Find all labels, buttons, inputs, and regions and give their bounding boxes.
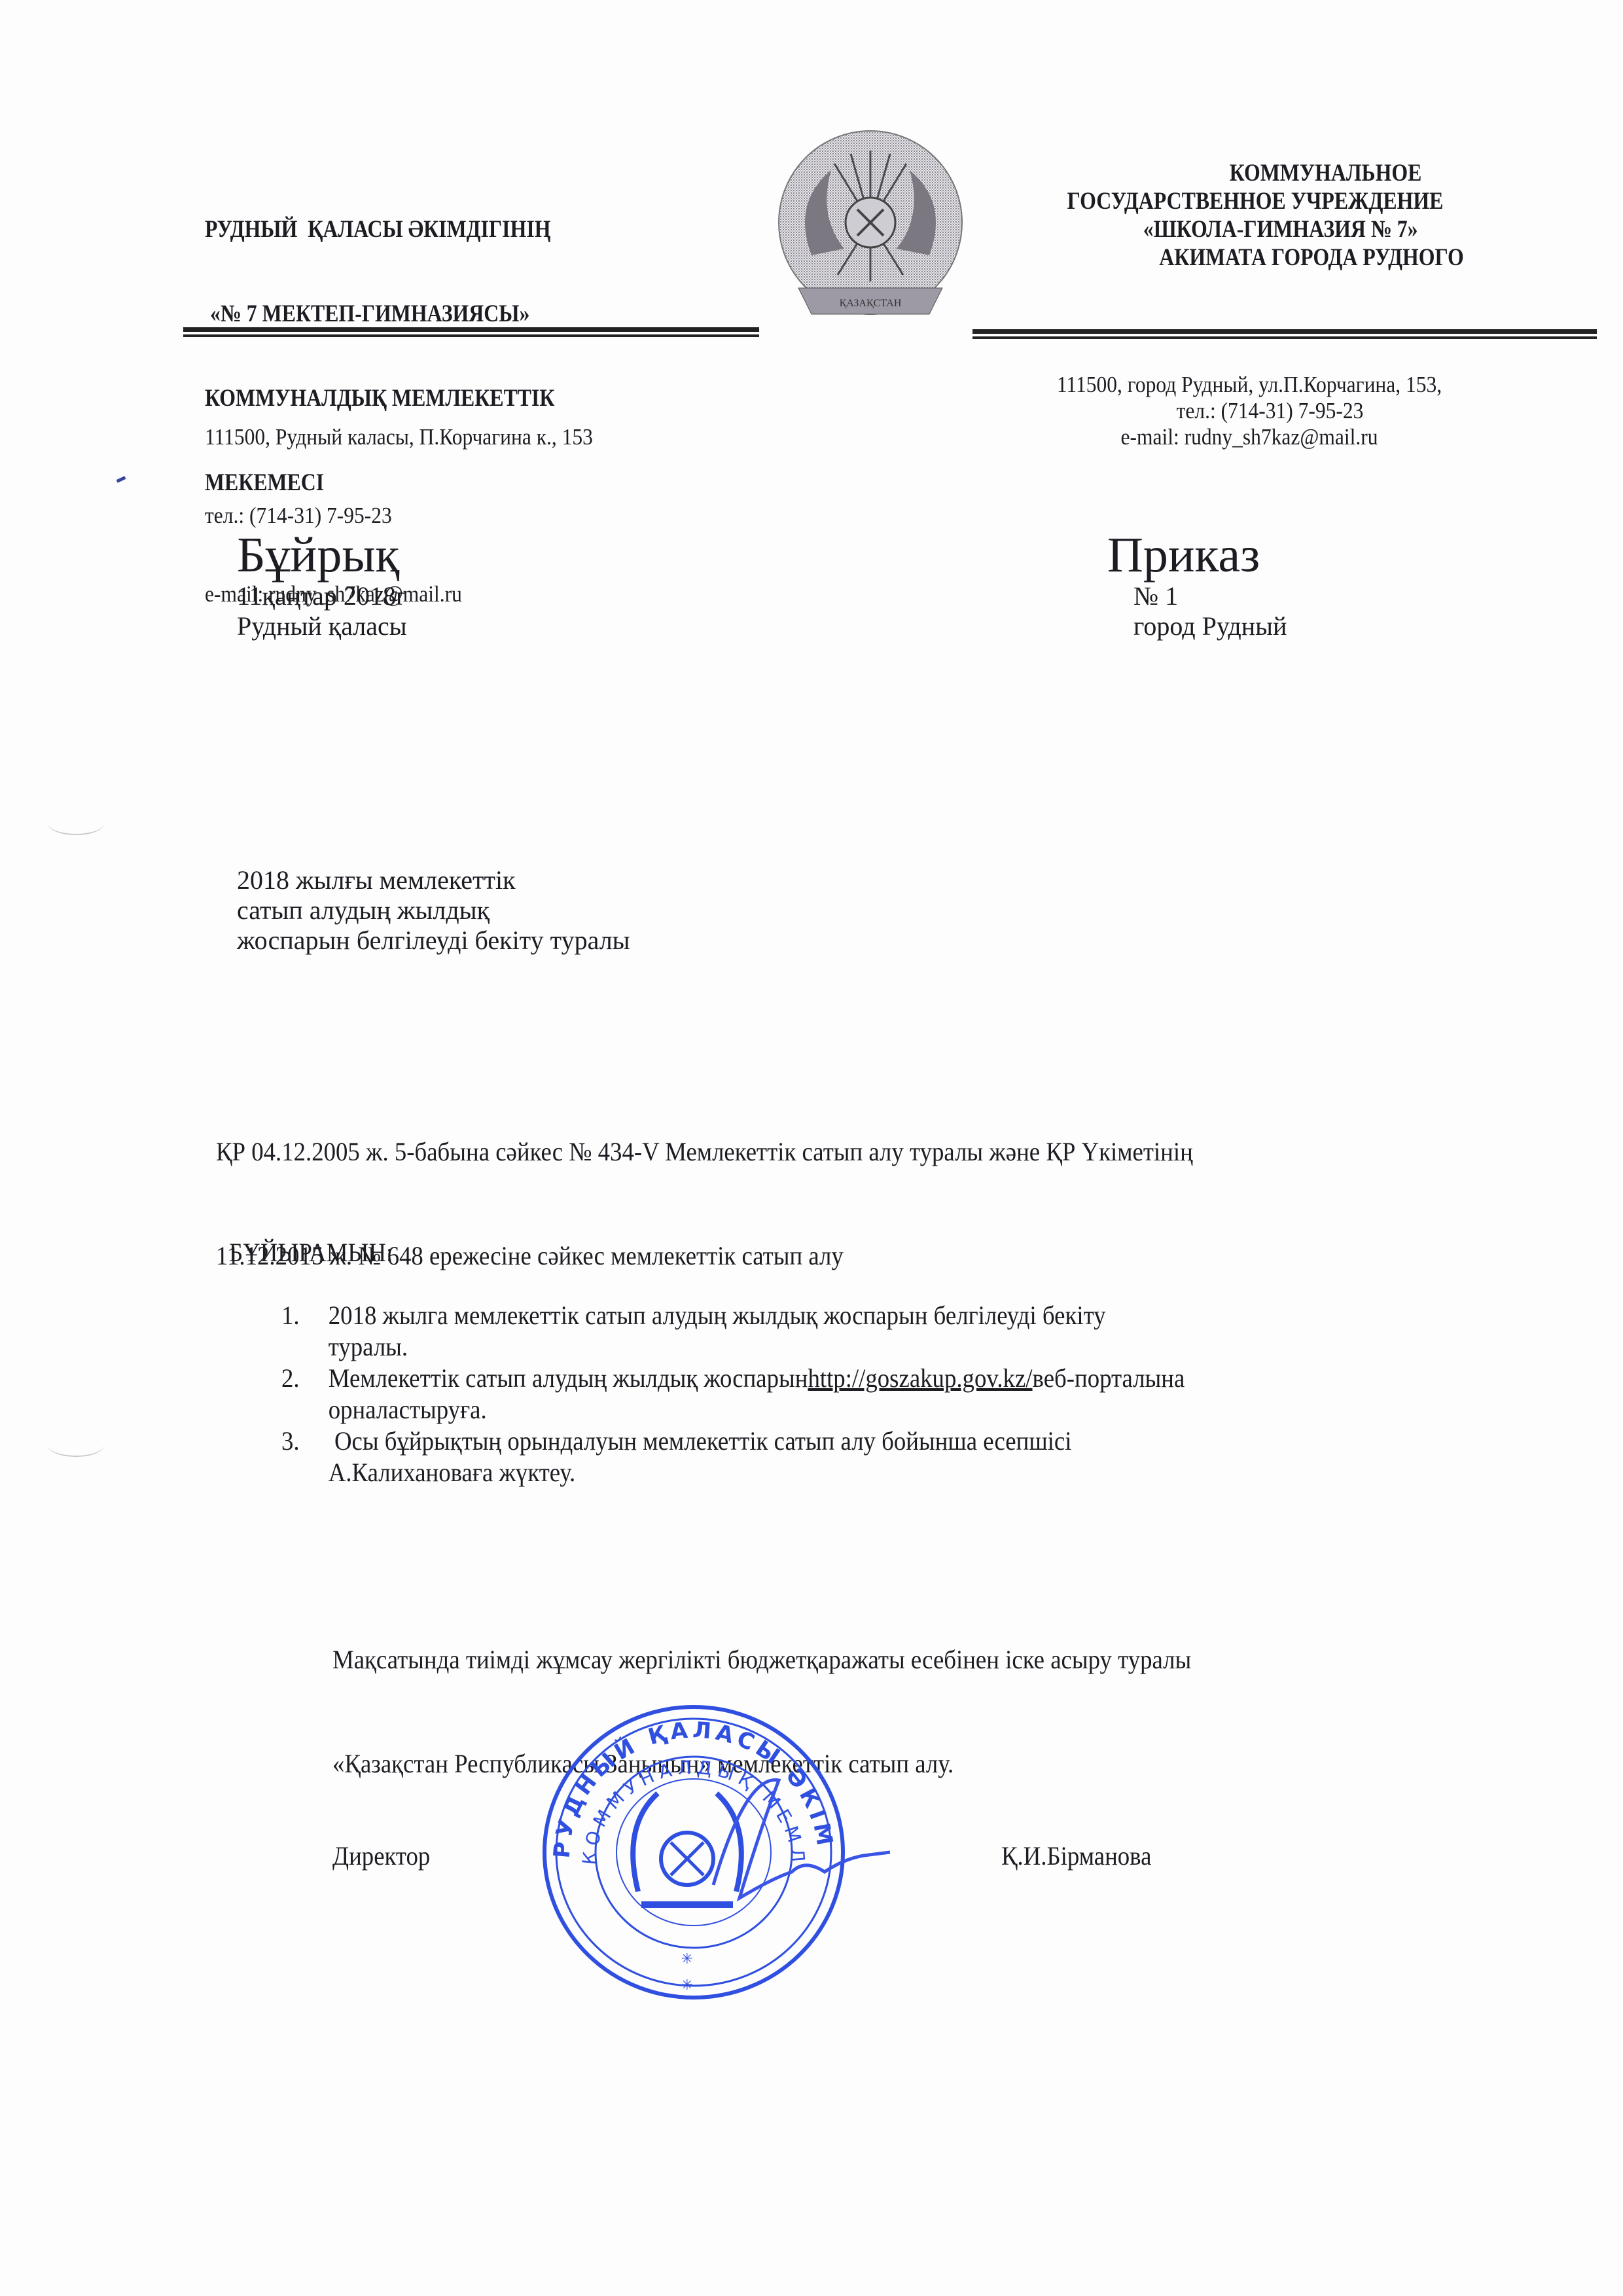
order-items-list: 1. 2018 жылга мемлекеттік сатып алудың ж… bbox=[281, 1300, 1425, 1488]
document-number: № 1 bbox=[1107, 581, 1287, 611]
org-line: ГОСУДАРСТВЕННОЕ УЧРЕЖДЕНИЕ bbox=[974, 187, 1537, 215]
svg-text:✳: ✳ bbox=[681, 1977, 693, 1994]
subject-line: 2018 жылғы мемлекеттік bbox=[237, 865, 630, 895]
list-item-number: 1. bbox=[281, 1300, 329, 1363]
org-line: КОММУНАЛЬНОЕ bbox=[974, 159, 1537, 187]
document-city-russian: город Рудный bbox=[1107, 611, 1287, 641]
svg-text:✳: ✳ bbox=[681, 1951, 693, 1967]
hole-punch-mark bbox=[48, 1433, 104, 1457]
ink-speck bbox=[116, 476, 126, 482]
state-emblem-icon: ҚАЗАҚСТАН bbox=[772, 124, 969, 334]
org-line: АКИМАТА ГОРОДА РУДНОГО bbox=[974, 243, 1537, 272]
list-item-text-before-link: Мемлекеттік сатып алудың жылдық жоспарын bbox=[329, 1363, 808, 1393]
org-name-russian: КОММУНАЛЬНОЕ ГОСУДАРСТВЕННОЕ УЧРЕЖДЕНИЕ … bbox=[974, 159, 1537, 272]
org-line: «ШКОЛА-ГИМНАЗИЯ № 7» bbox=[974, 215, 1537, 243]
document-city-kazakh: Рудный қаласы bbox=[237, 611, 407, 641]
document-subject: 2018 жылғы мемлекеттік сатып алудың жылд… bbox=[237, 865, 630, 956]
list-item-number: 3. bbox=[281, 1426, 329, 1488]
address-email: e-mail: rudny_sh7kaz@mail.ru bbox=[1008, 424, 1491, 450]
document-preamble: ҚР 04.12.2005 ж. 5-бабына сәйкес № 434-V… bbox=[216, 1065, 1193, 1308]
list-item-text: орналастыруға. bbox=[329, 1394, 1185, 1426]
official-stamp-icon: РУДНЫЙ ҚАЛАСЫ ӘКІМДІГІНІҢ «№ 7 МЕКТЕП-ГИ… bbox=[497, 1662, 890, 2029]
list-item: 2. Мемлекеттік сатып алудың жылдық жоспа… bbox=[281, 1363, 1425, 1426]
signatory-position: Директор bbox=[332, 1840, 430, 1871]
list-item-text-after-link: веб-порталына bbox=[1033, 1363, 1185, 1393]
list-item-text: 2018 жылга мемлекеттік сатып алудың жылд… bbox=[329, 1300, 1106, 1331]
preamble-line: ҚР 04.12.2005 ж. 5-бабына сәйкес № 434-V… bbox=[216, 1134, 1193, 1169]
header-divider-right bbox=[972, 329, 1597, 340]
goszakup-portal-link[interactable]: http://goszakup.gov.kz/ bbox=[808, 1363, 1032, 1393]
subject-line: сатып алудың жылдық bbox=[237, 895, 630, 925]
hole-punch-mark bbox=[48, 812, 104, 835]
address-phone: тел.: (714-31) 7-95-23 bbox=[1008, 398, 1491, 424]
document-title-russian: Приказ bbox=[1107, 529, 1287, 581]
document-title-kazakh-block: Бұйрық 11қаңтар 2018г Рудный қаласы bbox=[237, 529, 407, 641]
subject-line: жоспарын белгілеуді бекіту туралы bbox=[237, 925, 630, 956]
order-heading: БҰЙЫРАМЫН: bbox=[229, 1237, 393, 1268]
address-phone: тел.: (714-31) 7-95-23 bbox=[205, 503, 593, 529]
org-line: РУДНЫЙ ҚАЛАСЫ ӘКІМДІГІНІҢ bbox=[205, 215, 554, 243]
document-title-kazakh: Бұйрық bbox=[237, 529, 407, 581]
list-item-text: Осы бұйрықтың орындалуын мемлекеттік сат… bbox=[329, 1426, 1072, 1457]
org-line: «№ 7 МЕКТЕП-ГИМНАЗИЯСЫ» bbox=[205, 300, 554, 328]
list-item-text: туралы. bbox=[329, 1331, 1106, 1363]
signatory-name: Қ.И.Бірманова bbox=[1001, 1840, 1151, 1871]
list-item: 3. Осы бұйрықтың орындалуын мемлекеттік … bbox=[281, 1426, 1425, 1488]
list-item-text: А.Калихановаға жүктеу. bbox=[329, 1457, 1072, 1488]
list-item-number: 2. bbox=[281, 1363, 329, 1426]
address-street: 111500, Рудный каласы, П.Корчагина к., 1… bbox=[205, 424, 593, 450]
document-title-russian-block: Приказ № 1 город Рудный bbox=[1107, 529, 1287, 641]
address-block-russian: 111500, город Рудный, ул.П.Корчагина, 15… bbox=[1008, 372, 1491, 450]
header-divider-left bbox=[183, 327, 759, 338]
list-item: 1. 2018 жылга мемлекеттік сатып алудың ж… bbox=[281, 1300, 1425, 1363]
svg-text:ҚАЗАҚСТАН: ҚАЗАҚСТАН bbox=[840, 298, 902, 309]
document-date: 11қаңтар 2018г bbox=[237, 581, 407, 611]
list-item-text: Мемлекеттік сатып алудың жылдық жоспарын… bbox=[329, 1363, 1185, 1394]
address-street: 111500, город Рудный, ул.П.Корчагина, 15… bbox=[1008, 372, 1491, 398]
